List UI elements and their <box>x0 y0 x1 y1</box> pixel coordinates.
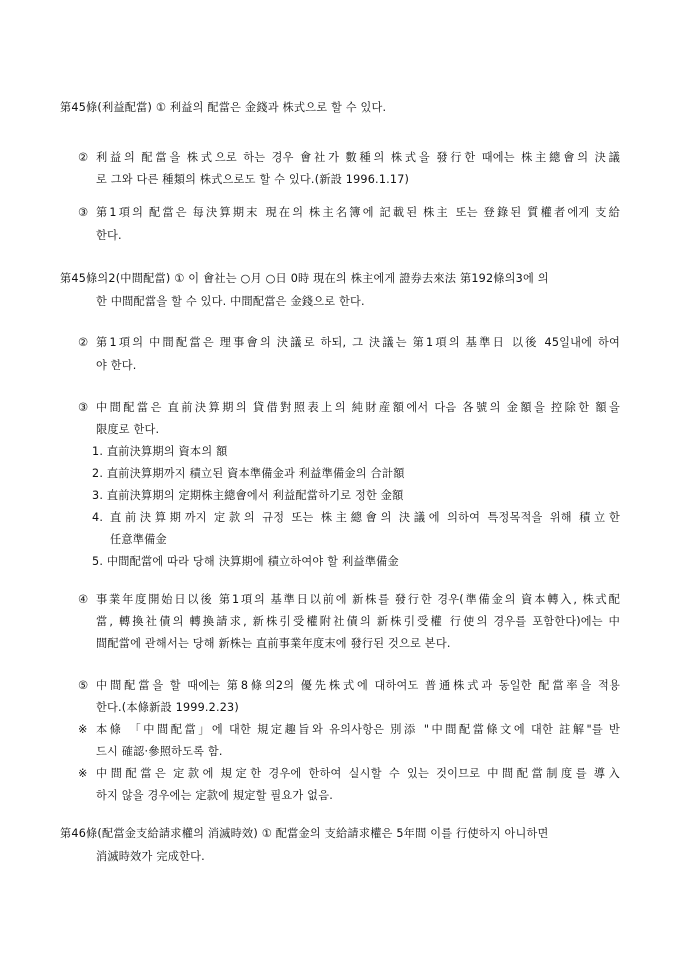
note-text: 하지 않을 경우에는 定款에 規定할 필요가 없음. <box>96 788 333 804</box>
list-item-number: 5. <box>92 555 103 568</box>
paragraph-text: 이 會社는 ○月 ○日 0時 現在의 株主에게 證券去來法 第192條의3에 의 <box>188 272 549 285</box>
paragraph-text: 中間配當을 할 때에는 第8條의2의 優先株式에 대하여도 普通株式과 동일한 … <box>96 678 620 694</box>
paragraph-number: ① <box>156 101 166 114</box>
list-item-text: 中間配當에 따라 당해 決算期에 積立하여야 할 利益準備金 <box>107 555 399 568</box>
paragraph-text: 利益의 配當을 株式으로 하는 경우 會社가 數種의 株式을 發行한 때에는 株… <box>96 150 620 166</box>
article-heading: 第45條의2(中間配當) <box>60 272 170 285</box>
paragraph-text: 로 그와 다른 種類의 株式으로도 할 수 있다.(新設 1996.1.17) <box>96 172 409 188</box>
list-item-number: 4. <box>92 510 103 526</box>
paragraph-number: ② <box>78 335 88 351</box>
paragraph-number: ① <box>262 827 272 840</box>
list-item-number: 1. <box>92 445 103 458</box>
list-item: 1. 直前決算期의 資本의 額 <box>92 444 227 460</box>
paragraph-text: 第1項의 配當은 每決算期末 現在의 株主名簿에 記載된 株主 또는 登錄된 質… <box>96 205 620 221</box>
paragraph-text: 야 한다. <box>96 358 137 374</box>
list-item-number: 3. <box>92 489 103 502</box>
paragraph-number: ③ <box>78 205 88 221</box>
list-item-text: 直前決算期까지 積立된 資本準備金과 利益準備金의 合計額 <box>107 467 405 480</box>
note-text: 드시 確認·參照하도록 함. <box>96 744 223 760</box>
list-item-text: 直前決算期의 資本의 額 <box>107 445 228 458</box>
paragraph-text: 利益의 配當은 金錢과 株式으로 할 수 있다. <box>170 101 386 114</box>
note-text: 中間配當은 定款에 規定한 경우에 한하여 실시할 수 있는 것이므로 中間配當… <box>96 766 620 782</box>
note-mark: ※ <box>78 766 88 782</box>
article-heading: 第46條(配當金支給請求權의 消滅時效) <box>60 827 258 840</box>
list-item: 2. 直前決算期까지 積立된 資本準備金과 利益準備金의 合計額 <box>92 466 405 482</box>
paragraph-text: 한다.(本條新設 1999.2.23) <box>96 700 239 716</box>
note-text: 本條 「中間配當」에 대한 規定趣旨와 유의사항은 別添 "中間配當條文에 대한… <box>96 722 620 738</box>
paragraph-text: 間配當에 관해서는 당해 新株는 直前事業年度末에 發行된 것으로 본다. <box>96 636 451 652</box>
paragraph-number: ② <box>78 150 88 166</box>
article-heading: 第45條(利益配當) <box>60 101 152 114</box>
list-item-text: 直前決算期의 定期株主總會에서 利益配當하기로 정한 金額 <box>107 489 404 502</box>
paragraph-text: 消滅時效가 完成한다. <box>96 849 205 865</box>
paragraph-text: 中間配當은 直前決算期의 貸借對照表上의 純財産額에서 다음 各號의 金額을 控… <box>96 400 620 416</box>
document-page: 第45條(利益配當) ① 利益의 配當은 金錢과 株式으로 할 수 있다. ② … <box>0 0 680 962</box>
paragraph-text: 第1項의 中間配當은 理事會의 決議로 하되, 그 決議는 第1項의 基準日 以… <box>96 335 620 351</box>
paragraph-number: ④ <box>78 592 88 608</box>
note-mark: ※ <box>78 722 88 738</box>
paragraph-number: ③ <box>78 400 88 416</box>
list-item-text: 直前決算期까지 定款의 규정 또는 株主總會의 決議에 의하여 특정목적을 위해… <box>110 510 620 526</box>
paragraph-text: 配當金의 支給請求權은 5年間 이를 行使하지 아니하면 <box>276 827 549 840</box>
paragraph-text: 事業年度開始日以後 第1項의 基準日以前에 新株를 發行한 경우(準備金의 資本… <box>96 592 620 608</box>
article-45-line-1: 第45條(利益配當) ① 利益의 配當은 金錢과 株式으로 할 수 있다. <box>60 100 386 116</box>
paragraph-text: 限度로 한다. <box>96 422 159 438</box>
paragraph-text: 한다. <box>96 228 122 244</box>
list-item: 3. 直前決算期의 定期株主總會에서 利益配當하기로 정한 金額 <box>92 488 404 504</box>
article-45-2-line-1: 第45條의2(中間配當) ① 이 會社는 ○月 ○日 0時 現在의 株主에게 證… <box>60 271 620 287</box>
list-item: 5. 中間配當에 따라 당해 決算期에 積立하여야 할 利益準備金 <box>92 554 399 570</box>
list-item-text: 任意準備金 <box>110 532 167 548</box>
list-item-number: 2. <box>92 467 103 480</box>
paragraph-text: 한 中間配當을 할 수 있다. 中間配當은 金錢으로 한다. <box>96 294 365 310</box>
article-46-line-1: 第46條(配當金支給請求權의 消滅時效) ① 配當金의 支給請求權은 5年間 이… <box>60 826 549 842</box>
paragraph-text: 當, 轉換社債의 轉換請求, 新株引受權附社債의 新株引受權 行使의 경우를 포… <box>96 614 620 630</box>
paragraph-number: ① <box>174 272 184 285</box>
paragraph-number: ⑤ <box>78 678 88 694</box>
